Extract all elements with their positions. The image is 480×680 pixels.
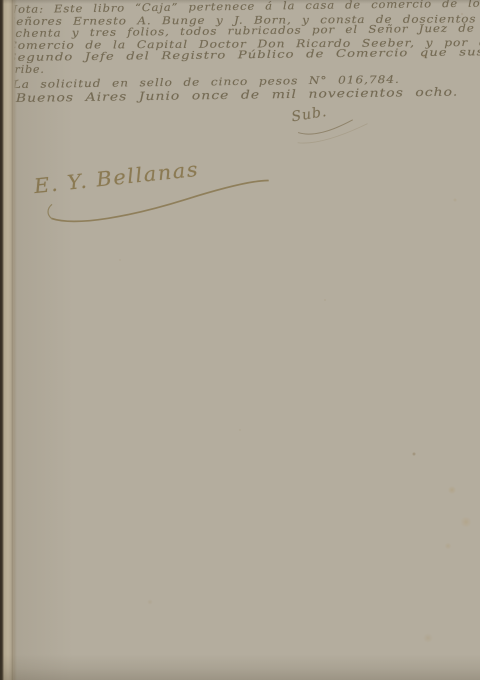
clerk-rubric: Sub. <box>290 97 375 149</box>
bottom-edge-shadow <box>0 654 480 680</box>
handwritten-note: Nota: Este libro “Caja” pertenece á la c… <box>7 0 478 104</box>
signature: E. Y. Bellanas <box>33 149 278 236</box>
manuscript-page: Nota: Este libro “Caja” pertenece á la c… <box>0 0 480 680</box>
page-binding-edge <box>0 0 17 680</box>
signature-flourish-underline <box>33 149 278 236</box>
